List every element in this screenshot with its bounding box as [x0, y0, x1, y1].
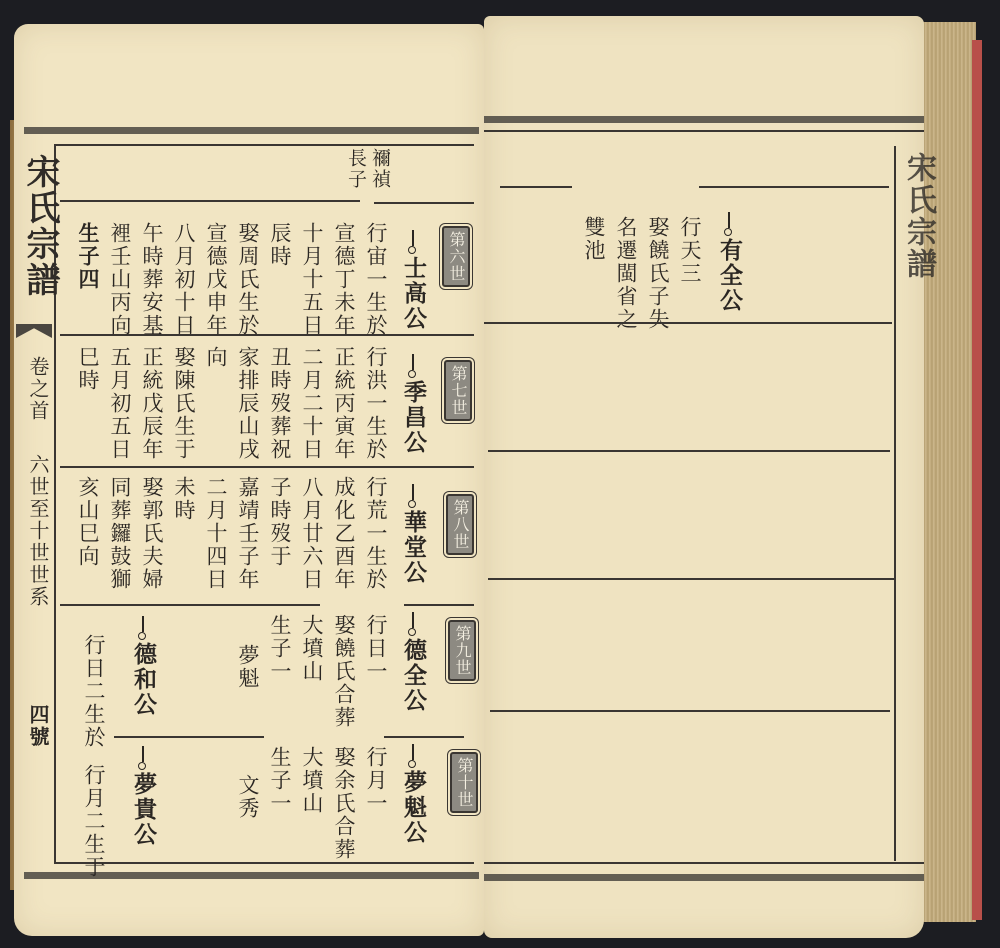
generation-tag: 第六世	[442, 226, 470, 287]
record-line: 午時葬安基	[140, 222, 164, 337]
lineage-stem-icon	[142, 746, 144, 762]
frame-top-rule	[54, 144, 474, 146]
lineage-stem-icon	[412, 744, 414, 760]
row-rule	[490, 710, 890, 712]
person-name: 夢貴公	[131, 772, 155, 847]
generation-tag: 第十世	[450, 752, 478, 813]
section-label: 六世至十世世系	[24, 454, 53, 608]
record-line: 行日一	[364, 614, 388, 683]
record-line: 同葬鑼鼓獅	[108, 476, 132, 591]
person-name: 季昌公	[401, 380, 425, 455]
record-line: 丑時歿葬祝	[268, 346, 292, 461]
fishtail-mark	[16, 324, 52, 338]
row-rule	[374, 202, 474, 204]
record-line: 宣德戊申年	[204, 222, 228, 337]
book-title-right: 宋氏宗譜	[896, 152, 940, 280]
record-line: 行宙一生於	[364, 222, 388, 337]
person-name: 德和公	[131, 642, 155, 717]
record-line: 生子四	[76, 222, 100, 291]
left-page: 宋氏宗譜 卷之首 六世至十世世系 四號 禰禎 長子 第六世 第七世 第八世 第九…	[14, 24, 484, 936]
header-note-1: 禰禎	[368, 148, 392, 190]
record-line: 正統丙寅年	[332, 346, 356, 461]
record-line: 生子一	[268, 746, 292, 815]
row-rule	[699, 186, 889, 188]
record-line: 大墳山	[300, 614, 324, 683]
record-line: 二月十四日	[204, 476, 228, 591]
record-line: 宣德丁未年	[332, 222, 356, 337]
record-line: 娶饒氏合葬	[332, 614, 356, 729]
record-line: 娶饒氏子失	[646, 216, 670, 331]
person-name: 夢魁公	[401, 770, 425, 845]
record-line: 向	[204, 346, 228, 369]
record-line: 娶余氏合葬	[332, 746, 356, 861]
record-line: 行日二生於	[82, 634, 106, 749]
record-line: 雙池	[582, 216, 606, 262]
record-line: 行天三	[678, 216, 702, 285]
record-line: 行月二生于	[82, 764, 106, 879]
lineage-stem-icon	[728, 212, 730, 228]
generation-tag: 第八世	[446, 494, 474, 555]
record-line: 八月廿六日	[300, 476, 324, 591]
header-note-2: 長子	[344, 148, 368, 190]
record-line: 家排辰山戌	[236, 346, 260, 461]
lineage-stem-icon	[142, 616, 144, 632]
generation-tag: 第九世	[448, 620, 476, 681]
record-line: 子時歿于	[268, 476, 292, 568]
book-red-edge	[972, 40, 982, 920]
record-line: 行月一	[364, 746, 388, 815]
record-line: 亥山巳向	[76, 476, 100, 568]
generation-tag: 第七世	[444, 360, 472, 421]
right-page: 宋氏宗譜 有全公 行天三 娶饒氏子失 名遷閩省之 雙池	[484, 16, 924, 938]
lineage-stem-icon	[412, 354, 414, 370]
lineage-stem-icon	[412, 230, 414, 246]
record-line: 夢魁	[236, 644, 260, 690]
volume-label: 卷之首	[24, 356, 53, 422]
record-line: 辰時	[268, 222, 292, 268]
person-name: 士高公	[401, 256, 425, 331]
record-line: 八月初十日	[172, 222, 196, 337]
record-line: 二月二十日	[300, 346, 324, 461]
record-line: 未時	[172, 476, 196, 522]
row-rule	[500, 186, 572, 188]
record-line: 十月十五日	[300, 222, 324, 337]
frame-bottom-rule	[484, 862, 924, 864]
record-line: 娶郭氏夫婦	[140, 476, 164, 591]
record-line: 生子一	[268, 614, 292, 683]
top-border	[484, 116, 924, 123]
row-rule	[488, 578, 894, 580]
top-border	[24, 127, 479, 134]
frame-top-rule	[484, 130, 924, 132]
lineage-stem-icon	[412, 612, 414, 628]
row-rule	[384, 736, 464, 738]
record-line: 大墳山	[300, 746, 324, 815]
record-line: 行洪一生於	[364, 346, 388, 461]
bottom-border	[484, 874, 924, 881]
frame-bottom-rule	[54, 862, 474, 864]
row-rule	[114, 736, 264, 738]
row-rule	[404, 604, 474, 606]
book-title: 宋氏宗譜	[16, 154, 65, 298]
person-name: 有全公	[717, 238, 741, 313]
record-line: 行荒一生於	[364, 476, 388, 591]
record-line: 娶周氏生於	[236, 222, 260, 337]
record-line: 五月初五日	[108, 346, 132, 461]
record-line: 娶陳氏生于	[172, 346, 196, 461]
row-rule	[488, 450, 890, 452]
record-line: 嘉靖壬子年	[236, 476, 260, 591]
row-rule	[60, 466, 474, 468]
person-name: 華堂公	[401, 510, 425, 585]
record-line: 名遷閩省之	[614, 216, 638, 331]
record-line: 文秀	[236, 774, 260, 820]
record-line: 巳時	[76, 346, 100, 392]
row-rule	[484, 322, 892, 324]
record-line: 裡壬山丙向	[108, 222, 132, 337]
lineage-stem-icon	[412, 484, 414, 500]
record-line: 正統戊辰年	[140, 346, 164, 461]
page-number: 四號	[24, 704, 53, 748]
row-rule	[60, 200, 360, 202]
person-name: 德全公	[401, 638, 425, 713]
row-rule	[60, 604, 320, 606]
record-line: 成化乙酉年	[332, 476, 356, 591]
